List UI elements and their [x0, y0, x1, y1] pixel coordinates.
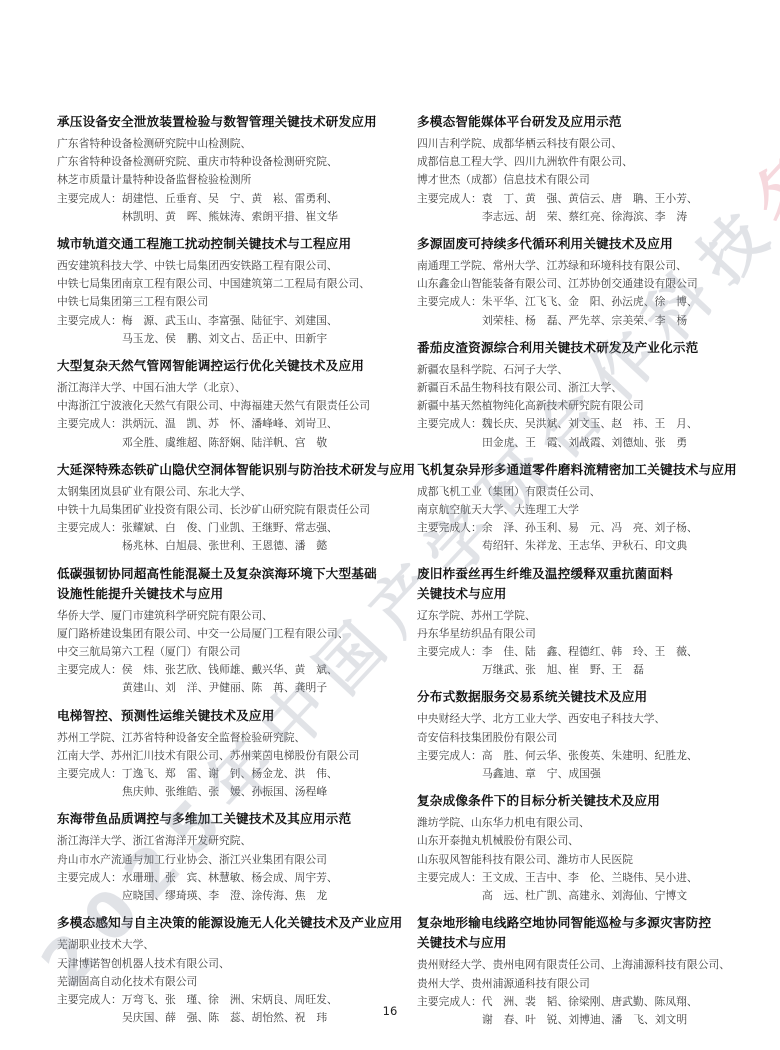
entry-title: 复杂成像条件下的目标分析关键技术及应用 — [417, 791, 747, 811]
entry-organization-line: 贵州财经大学、贵州电网有限责任公司、上海浦源科技有限公司、 — [417, 956, 747, 974]
contributors-label: 主要完成人： — [417, 646, 482, 658]
contributors-names: 洪炳沅、温 凯、苏 怀、潘峰峰、刘岢卫、 — [122, 418, 338, 430]
award-entry: 废旧柞蚕丝再生纤维及温控缓释双重抗菌面料关键技术与应用辽东学院、苏州工学院、丹东… — [417, 564, 747, 680]
contributors-names-continued: 黄建山、刘 洋、尹健丽、陈 苒、龚明子 — [57, 679, 387, 697]
two-column-layout: 承压设备安全泄放装置检验与数智管理关键技术研发应用广东省特种设备检测研究院中山检… — [57, 112, 727, 1037]
entry-title: 城市轨道交通工程施工扰动控制关键技术与工程应用 — [57, 234, 387, 254]
contributors-label: 主要完成人： — [417, 522, 482, 534]
entry-title: 东海带鱼品质调控与多维加工关键技术及其应用示范 — [57, 809, 387, 829]
entry-organization-line: 辽东学院、苏州工学院、 — [417, 607, 747, 625]
entry-title: 飞机复杂异形多通道零件磨料流精密加工关键技术与应用 — [417, 460, 747, 480]
entry-title: 承压设备安全泄放装置检验与数智管理关键技术研发应用 — [57, 112, 387, 132]
entry-title: 分布式数据服务交易系统关键技术及应用 — [417, 687, 747, 707]
contributors-label: 主要完成人： — [417, 418, 482, 430]
contributors-names-continued: 苟绍轩、朱祥龙、王志华、尹秋石、印文典 — [417, 537, 747, 555]
award-entry: 飞机复杂异形多通道零件磨料流精密加工关键技术与应用成都飞机工业（集团）有限责任公… — [417, 460, 747, 556]
entry-organization-line: 中铁十九局集团矿业投资有限公司、长沙矿山研究院有限责任公司 — [57, 501, 387, 519]
contributors-names: 胡建恺、丘垂育、吴 宁、黄 崧、雷勇利、 — [122, 193, 338, 205]
entry-organization-line: 芜湖职业技术大学、 — [57, 936, 387, 954]
entry-organization-line: 山东驭风智能科技有限公司、潍坊市人民医院 — [417, 851, 747, 869]
entry-title-line: 东海带鱼品质调控与多维加工关键技术及其应用示范 — [57, 809, 387, 829]
document-page: 承压设备安全泄放装置检验与数智管理关键技术研发应用广东省特种设备检测研究院中山检… — [57, 112, 727, 1037]
contributors-label: 主要完成人： — [417, 296, 482, 308]
contributors-names-continued: 邓全胜、虞维超、陈舒娴、陆洋帆、宫 敬 — [57, 434, 387, 452]
entry-organization-line: 林芝市质量计量特种设备监督检验检测所 — [57, 171, 387, 189]
contributors-line: 主要完成人：袁 丁、黄 强、黄信云、唐 聃、王小芳、 — [417, 190, 747, 208]
award-entry: 电梯智控、预测性运维关键技术及应用苏州工学院、江苏省特种设备安全监督检验研究院、… — [57, 706, 387, 802]
entry-title: 大型复杂天然气管网智能调控运行优化关键技术及应用 — [57, 356, 387, 376]
contributors-names: 高 胜、何云华、张俊英、朱建明、纪胜龙、 — [482, 750, 698, 762]
entry-title-line: 设施性能提升关键技术与应用 — [57, 584, 387, 604]
entry-organization-line: 丹东华星纺织品有限公司 — [417, 625, 747, 643]
contributors-label: 主要完成人： — [57, 664, 122, 676]
contributors-names: 李 佳、陆 鑫、程德红、韩 玲、王 薇、 — [482, 646, 698, 658]
entry-title-line: 关键技术与应用 — [417, 933, 747, 953]
entry-title: 电梯智控、预测性运维关键技术及应用 — [57, 706, 387, 726]
entry-organization-line: 中铁七局集团南京工程有限公司、中国建筑第二工程局有限公司、 — [57, 275, 387, 293]
entry-title: 废旧柞蚕丝再生纤维及温控缓释双重抗菌面料关键技术与应用 — [417, 564, 747, 604]
contributors-label: 主要完成人： — [57, 193, 122, 205]
contributors-line: 主要完成人：李 佳、陆 鑫、程德红、韩 玲、王 薇、 — [417, 643, 747, 661]
right-column: 多模态智能媒体平台研发及应用示范四川吉利学院、成都华栖云科技有限公司、成都信息工… — [417, 112, 747, 1037]
entry-title-line: 多模态感知与自主决策的能源设施无人化关键技术及产业应用 — [57, 913, 387, 933]
entry-title-line: 大型复杂天然气管网智能调控运行优化关键技术及应用 — [57, 356, 387, 376]
entry-organization-line: 中交三航局第六工程（厦门）有限公司 — [57, 643, 387, 661]
contributors-names-continued: 马玉龙、侯 鹏、刘文占、岳正中、田新宇 — [57, 330, 387, 348]
contributors-names-continued: 田金虎、王 霞、刘战霞、刘德灿、张 勇 — [417, 434, 747, 452]
contributors-line: 主要完成人：朱平华、江飞飞、金 阳、孙沄虎、徐 博、 — [417, 293, 747, 311]
entry-title-line: 承压设备安全泄放装置检验与数智管理关键技术研发应用 — [57, 112, 387, 132]
contributors-label: 主要完成人： — [57, 872, 122, 884]
entry-title-line: 番茄皮渣资源综合利用关键技术研发及产业化示范 — [417, 338, 747, 358]
contributors-names: 梅 源、武玉山、李富强、陆征宇、刘建国、 — [122, 315, 338, 327]
entry-organization-line: 芜湖固高自动化技术有限公司 — [57, 973, 387, 991]
contributors-label: 主要完成人： — [417, 193, 482, 205]
entry-title-line: 多模态智能媒体平台研发及应用示范 — [417, 112, 747, 132]
entry-title-line: 电梯智控、预测性运维关键技术及应用 — [57, 706, 387, 726]
contributors-names: 丁逸飞、郑 雷、谢 钊、杨金龙、洪 伟、 — [122, 768, 338, 780]
entry-title-line: 多源固废可持续多代循环利用关键技术及应用 — [417, 234, 747, 254]
contributors-label: 主要完成人： — [57, 768, 122, 780]
contributors-names-continued: 李志远、胡 荣、蔡红亮、徐海滨、李 涛 — [417, 208, 747, 226]
entry-title: 番茄皮渣资源综合利用关键技术研发及产业化示范 — [417, 338, 747, 358]
contributors-label: 主要完成人： — [417, 872, 482, 884]
contributors-names: 袁 丁、黄 强、黄信云、唐 聃、王小芳、 — [482, 193, 698, 205]
award-entry: 东海带鱼品质调控与多维加工关键技术及其应用示范浙江海洋大学、浙江省海洋开发研究院… — [57, 809, 387, 905]
entry-title-line: 低碳强韧协同超高性能混凝土及复杂滨海环境下大型基础 — [57, 564, 387, 584]
contributors-names: 朱平华、江飞飞、金 阳、孙沄虎、徐 博、 — [482, 296, 698, 308]
contributors-names-continued: 万继武、张 旭、崔 野、王 磊 — [417, 661, 747, 679]
entry-organization-line: 博才世杰（成都）信息技术有限公司 — [417, 171, 747, 189]
contributors-line: 主要完成人：张耀斌、白 俊、门业凯、王继野、常志强、 — [57, 519, 387, 537]
contributors-names: 魏长庆、吴洪斌、刘文玉、赵 祎、王 月、 — [482, 418, 698, 430]
entry-organization-line: 南京航空航天大学、大连理工大学 — [417, 501, 747, 519]
entry-organization-line: 浙江海洋大学、中国石油大学（北京）、 — [57, 379, 387, 397]
contributors-label: 主要完成人： — [57, 418, 122, 430]
entry-organization-line: 南通理工学院、常州大学、江苏绿和环境科技有限公司、 — [417, 257, 747, 275]
contributors-names: 王文成、王吉中、李 伦、兰晓伟、吴小进、 — [482, 872, 698, 884]
entry-title: 低碳强韧协同超高性能混凝土及复杂滨海环境下大型基础设施性能提升关键技术与应用 — [57, 564, 387, 604]
entry-organization-line: 新疆百禾晶生物科技有限公司、浙江大学、 — [417, 379, 747, 397]
entry-organization-line: 浙江海洋大学、浙江省海洋开发研究院、 — [57, 832, 387, 850]
entry-organization-line: 潍坊学院、山东华力机电有限公司、 — [417, 814, 747, 832]
entry-title-line: 城市轨道交通工程施工扰动控制关键技术与工程应用 — [57, 234, 387, 254]
contributors-names: 余 泽、孙玉利、易 元、冯 亮、刘子杨、 — [482, 522, 698, 534]
entry-organization-line: 成都信息工程大学、四川九洲软件有限公司、 — [417, 153, 747, 171]
contributors-names: 侯 炜、张艺欣、钱师雄、戴兴华、黄 斌、 — [122, 664, 338, 676]
page-number: 16 — [0, 1004, 780, 1018]
contributors-names: 张耀斌、白 俊、门业凯、王继野、常志强、 — [122, 522, 338, 534]
contributors-line: 主要完成人：余 泽、孙玉利、易 元、冯 亮、刘子杨、 — [417, 519, 747, 537]
entry-organization-line: 江南大学、苏州汇川技术有限公司、苏州莱茵电梯股份有限公司 — [57, 747, 387, 765]
entry-title-line: 复杂成像条件下的目标分析关键技术及应用 — [417, 791, 747, 811]
entry-organization-line: 天津博诺智创机器人技术有限公司、 — [57, 955, 387, 973]
entry-title: 复杂地形输电线路空地协同智能巡检与多源灾害防控关键技术与应用 — [417, 913, 747, 953]
entry-title-line: 关键技术与应用 — [417, 584, 747, 604]
entry-organization-line: 西安建筑科技大学、中铁七局集团西安铁路工程有限公司、 — [57, 257, 387, 275]
entry-title: 多模态智能媒体平台研发及应用示范 — [417, 112, 747, 132]
contributors-line: 主要完成人：丁逸飞、郑 雷、谢 钊、杨金龙、洪 伟、 — [57, 765, 387, 783]
contributors-line: 主要完成人：水珊珊、张 宾、林慧敏、杨会成、周宇芳、 — [57, 869, 387, 887]
entry-organization-line: 成都飞机工业（集团）有限责任公司、 — [417, 483, 747, 501]
contributors-names-continued: 林凯明、黄 晖、熊妹涛、索朗平措、崔文华 — [57, 208, 387, 226]
contributors-names-continued: 刘荣桂、杨 磊、严先萃、宗美荣、李 杨 — [417, 312, 747, 330]
entry-title-line: 复杂地形输电线路空地协同智能巡检与多源灾害防控 — [417, 913, 747, 933]
entry-organization-line: 贵州大学、贵州浦源通科技有限公司 — [417, 975, 747, 993]
award-entry: 复杂成像条件下的目标分析关键技术及应用潍坊学院、山东华力机电有限公司、山东开泰抛… — [417, 791, 747, 905]
contributors-line: 主要完成人：高 胜、何云华、张俊英、朱建明、纪胜龙、 — [417, 747, 747, 765]
entry-title-line: 飞机复杂异形多通道零件磨料流精密加工关键技术与应用 — [417, 460, 747, 480]
entry-organization-line: 四川吉利学院、成都华栖云科技有限公司、 — [417, 135, 747, 153]
entry-title: 多源固废可持续多代循环利用关键技术及应用 — [417, 234, 747, 254]
entry-organization-line: 中海浙江宁波液化天然气有限公司、中海福建天然气有限责任公司 — [57, 397, 387, 415]
left-column: 承压设备安全泄放装置检验与数智管理关键技术研发应用广东省特种设备检测研究院中山检… — [57, 112, 387, 1037]
entry-organization-line: 中央财经大学、北方工业大学、西安电子科技大学、 — [417, 710, 747, 728]
award-entry: 多源固废可持续多代循环利用关键技术及应用南通理工学院、常州大学、江苏绿和环境科技… — [417, 234, 747, 330]
entry-organization-line: 广东省特种设备检测研究院中山检测院、 — [57, 135, 387, 153]
entry-organization-line: 苏州工学院、江苏省特种设备安全监督检验研究院、 — [57, 729, 387, 747]
contributors-names-continued: 高 远、杜广凯、高建永、刘海仙、宁博文 — [417, 887, 747, 905]
award-entry: 大型复杂天然气管网智能调控运行优化关键技术及应用浙江海洋大学、中国石油大学（北京… — [57, 356, 387, 452]
entry-organization-line: 厦门路桥建设集团有限公司、中交一公局厦门工程有限公司、 — [57, 625, 387, 643]
entry-organization-line: 太钢集团岚县矿业有限公司、东北大学、 — [57, 483, 387, 501]
contributors-line: 主要完成人：梅 源、武玉山、李富强、陆征宇、刘建国、 — [57, 312, 387, 330]
entry-organization-line: 新疆农垦科学院、石河子大学、 — [417, 361, 747, 379]
entry-organization-line: 广东省特种设备检测研究院、重庆市特种设备检测研究院、 — [57, 153, 387, 171]
award-entry: 承压设备安全泄放装置检验与数智管理关键技术研发应用广东省特种设备检测研究院中山检… — [57, 112, 387, 226]
contributors-names-continued: 应晓国、缪琦瑛、李 澄、涂传海、焦 龙 — [57, 887, 387, 905]
entry-title-line: 废旧柞蚕丝再生纤维及温控缓释双重抗菌面料 — [417, 564, 747, 584]
award-entry: 城市轨道交通工程施工扰动控制关键技术与工程应用西安建筑科技大学、中铁七局集团西安… — [57, 234, 387, 348]
contributors-names: 水珊珊、张 宾、林慧敏、杨会成、周宇芳、 — [122, 872, 338, 884]
contributors-names-continued: 马鑫迪、章 宁、成国强 — [417, 765, 747, 783]
contributors-label: 主要完成人： — [57, 315, 122, 327]
entry-title-line: 大延深特殊态铁矿山隐伏空洞体智能识别与防治技术研发与应用 — [57, 460, 387, 480]
entry-title-line: 分布式数据服务交易系统关键技术及应用 — [417, 687, 747, 707]
contributors-line: 主要完成人：洪炳沅、温 凯、苏 怀、潘峰峰、刘岢卫、 — [57, 415, 387, 433]
award-entry: 大延深特殊态铁矿山隐伏空洞体智能识别与防治技术研发与应用太钢集团岚县矿业有限公司… — [57, 460, 387, 556]
entry-organization-line: 山东鑫金山智能装备有限公司、江苏协创交通建设有限公司 — [417, 275, 747, 293]
award-entry: 番茄皮渣资源综合利用关键技术研发及产业化示范新疆农垦科学院、石河子大学、新疆百禾… — [417, 338, 747, 452]
contributors-line: 主要完成人：侯 炜、张艺欣、钱师雄、戴兴华、黄 斌、 — [57, 661, 387, 679]
contributors-names-continued: 杨兆林、白旭晨、张世利、王恩德、潘 懿 — [57, 537, 387, 555]
entry-organization-line: 山东开泰抛丸机械股份有限公司、 — [417, 832, 747, 850]
entry-organization-line: 新疆中基天然植物纯化高新技术研究院有限公司 — [417, 397, 747, 415]
contributors-line: 主要完成人：王文成、王吉中、李 伦、兰晓伟、吴小进、 — [417, 869, 747, 887]
entry-organization-line: 华侨大学、厦门市建筑科学研究院有限公司、 — [57, 607, 387, 625]
contributors-label: 主要完成人： — [57, 522, 122, 534]
entry-organization-line: 奇安信科技集团股份有限公司 — [417, 729, 747, 747]
award-entry: 多模态智能媒体平台研发及应用示范四川吉利学院、成都华栖云科技有限公司、成都信息工… — [417, 112, 747, 226]
award-entry: 分布式数据服务交易系统关键技术及应用中央财经大学、北方工业大学、西安电子科技大学… — [417, 687, 747, 783]
contributors-line: 主要完成人：胡建恺、丘垂育、吴 宁、黄 崧、雷勇利、 — [57, 190, 387, 208]
entry-title: 多模态感知与自主决策的能源设施无人化关键技术及产业应用 — [57, 913, 387, 933]
entry-organization-line: 中铁七局集团第三工程有限公司 — [57, 293, 387, 311]
contributors-label: 主要完成人： — [417, 750, 482, 762]
award-entry: 低碳强韧协同超高性能混凝土及复杂滨海环境下大型基础设施性能提升关键技术与应用华侨… — [57, 564, 387, 698]
contributors-names-continued: 焦庆帅、张维皓、张 媛、孙振国、汤程峰 — [57, 783, 387, 801]
entry-organization-line: 舟山市水产流通与加工行业协会、浙江兴业集团有限公司 — [57, 851, 387, 869]
contributors-line: 主要完成人：魏长庆、吴洪斌、刘文玉、赵 祎、王 月、 — [417, 415, 747, 433]
entry-title: 大延深特殊态铁矿山隐伏空洞体智能识别与防治技术研发与应用 — [57, 460, 387, 480]
